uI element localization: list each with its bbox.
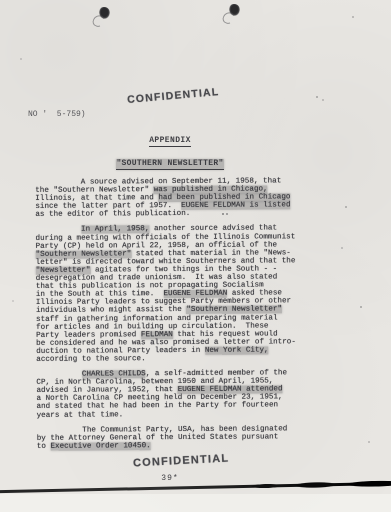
text-segment: years at that time. bbox=[37, 411, 124, 420]
ink-blot-icon bbox=[229, 4, 240, 16]
highlighted-text: Executive Order 10450. bbox=[50, 442, 150, 451]
document-body: A source advised on September 11, 1958, … bbox=[35, 177, 327, 458]
text-segment: as the editor of this publication. bbox=[35, 210, 190, 219]
paragraph: The Communist Party, USA, has been desig… bbox=[37, 425, 327, 451]
text-line: according to the source. bbox=[36, 354, 326, 364]
paper-speckles bbox=[0, 0, 2, 2]
text-segment: by the Attorney General of the United St… bbox=[37, 433, 279, 442]
page-title: "SOUTHERN NEWSLETTER" bbox=[0, 159, 340, 168]
text-line: to Executive Order 10450. bbox=[37, 441, 327, 451]
text-segment bbox=[35, 226, 81, 234]
text-segment: according to the source. bbox=[36, 355, 145, 364]
paragraph: CHARLES CHILDS, a self-admitted member o… bbox=[36, 369, 326, 419]
paragraph: A source advised on September 11, 1958, … bbox=[35, 177, 325, 219]
ink-blot-icon bbox=[99, 7, 110, 19]
appendix-heading: APPENDIX bbox=[0, 136, 340, 145]
appendix-heading-text: APPENDIX bbox=[149, 136, 191, 147]
highlighted-text: New York City, bbox=[205, 346, 269, 354]
scanned-document-page: { "document": { "stamp_top": "CONFIDENTI… bbox=[0, 0, 391, 512]
highlighted-text: "Newsletter" bbox=[36, 266, 91, 274]
scan-line-artifact bbox=[0, 482, 391, 493]
paragraph: In April, 1958, another source advised t… bbox=[35, 225, 326, 364]
highlighted-text: EUGENE FELDMAN is listed bbox=[181, 202, 290, 211]
text-line: as the editor of this publication. bbox=[35, 209, 325, 219]
highlighted-text: FELDMAN bbox=[141, 331, 173, 339]
paper-bottom-strip bbox=[0, 494, 391, 512]
text-line: years at that time. bbox=[37, 410, 327, 420]
confidential-stamp-top: CONFIDENTIAL bbox=[127, 86, 220, 106]
file-number: NO ' 5-759) bbox=[28, 110, 86, 119]
text-segment: to bbox=[37, 443, 51, 451]
text-segment: and stated that he had been in the Party… bbox=[37, 402, 279, 411]
page-title-text: "SOUTHERN NEWSLETTER" bbox=[116, 159, 223, 170]
